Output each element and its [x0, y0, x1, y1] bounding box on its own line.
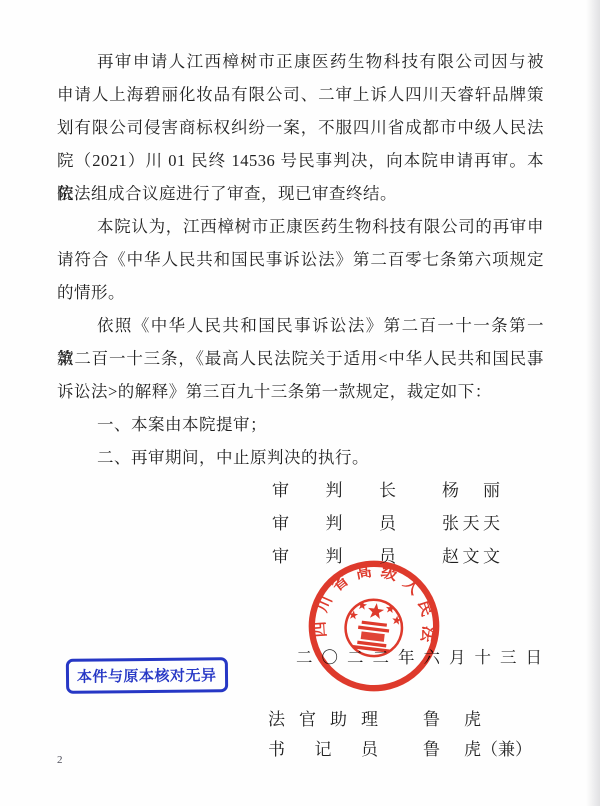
- body-line: 请符合《中华人民共和国民事诉讼法》第二百零七条第六项规定: [57, 243, 544, 276]
- staff-block: 法官助理鲁虎 书记员鲁虎（兼）: [268, 705, 544, 765]
- staff-row: 书记员鲁虎（兼）: [268, 735, 544, 765]
- signature-row: 审判员张天天: [272, 507, 544, 540]
- staff-name: 鲁虎: [423, 705, 481, 735]
- body-line: 的情形。: [57, 276, 544, 309]
- signature-row: 审判长杨丽: [272, 474, 544, 507]
- national-emblem-icon: [342, 597, 405, 660]
- body-line: 划有限公司侵害商标权纠纷一案，不服四川省成都市中级人民法: [57, 111, 544, 144]
- body-line: 本院认为，江西樟树市正康医药生物科技有限公司的再审申: [57, 210, 544, 243]
- judge-name: 赵文文: [442, 540, 500, 573]
- body-line: 申请人上海碧丽化妆品有限公司、二审上诉人四川天睿轩品牌策: [57, 78, 544, 111]
- body-line: 诉讼法>的解释》第三百九十三条第一款规定，裁定如下：: [57, 375, 544, 408]
- page-number: 2: [57, 754, 63, 766]
- judge-role-label: 审判员: [272, 507, 396, 540]
- staff-name-suffix: （兼）: [481, 735, 532, 765]
- judge-role-label: 审判长: [272, 474, 396, 507]
- judge-name: 杨丽: [442, 474, 500, 507]
- judge-name: 张天天: [442, 507, 500, 540]
- court-ruling-page: 再审申请人江西樟树市正康医药生物科技有限公司因与被 申请人上海碧丽化妆品有限公司…: [0, 0, 600, 806]
- ruling-item: 一、本案由本院提审；: [57, 408, 544, 441]
- body-line: 再审申请人江西樟树市正康医药生物科技有限公司因与被: [57, 45, 544, 78]
- ruling-item: 二、再审期间，中止原判决的执行。: [57, 441, 544, 474]
- scan-edge-shadow: [586, 0, 600, 806]
- staff-name: 鲁虎: [423, 735, 481, 765]
- body-line: 依照《中华人民共和国民事诉讼法》第二百一十一条第一款、: [57, 309, 544, 342]
- court-seal: 四川省高级人民法院: [298, 550, 450, 702]
- body-line: 依法组成合议庭进行了审查，现已审查终结。: [57, 177, 544, 210]
- verification-stamp: 本件与原本核对无异: [66, 657, 228, 694]
- body-line: 第二百一十三条，《最高人民法院关于适用<中华人民共和国民事: [57, 342, 544, 375]
- ruling-body: 再审申请人江西樟树市正康医药生物科技有限公司因与被 申请人上海碧丽化妆品有限公司…: [57, 45, 544, 765]
- staff-role-label: 法官助理: [268, 705, 378, 735]
- staff-row: 法官助理鲁虎: [268, 705, 544, 735]
- staff-role-label: 书记员: [268, 735, 378, 765]
- body-line: 院（2021）川 01 民终 14536 号民事判决，向本院申请再审。本院: [57, 144, 544, 177]
